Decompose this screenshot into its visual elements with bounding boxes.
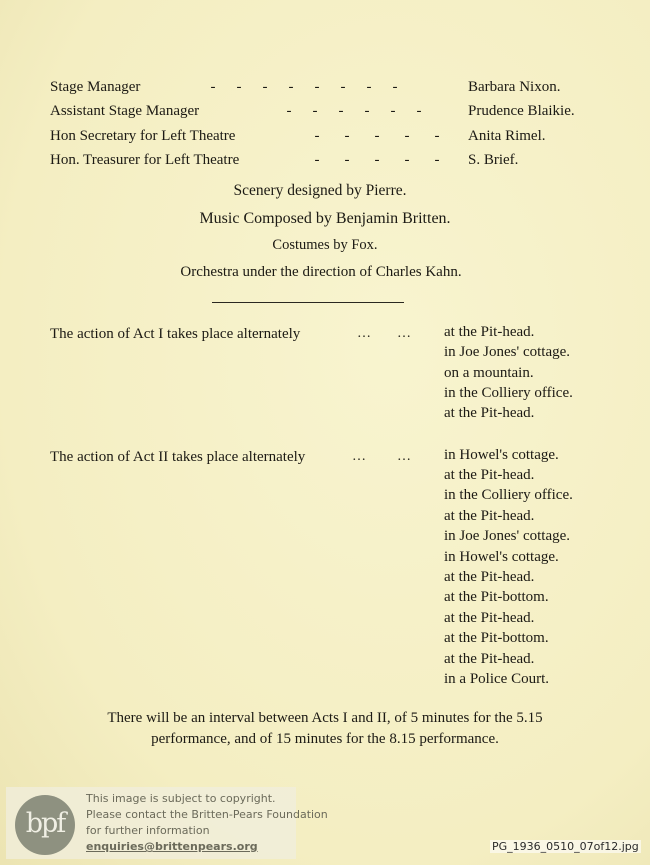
- leader-dashes: -----: [302, 128, 452, 145]
- costumes-credit: Costumes by Fox.: [0, 237, 650, 254]
- ellipsis-leader: …: [352, 449, 367, 465]
- credit-row-stage-manager: Stage Manager -------- Barbara Nixon.: [50, 79, 620, 103]
- ellipsis-leader: …: [397, 449, 412, 465]
- act-2-place: in Howel's cottage.: [444, 549, 559, 566]
- credit-role: Hon Secretary for Left Theatre: [50, 128, 235, 145]
- act-2-place: at the Pit-head.: [444, 569, 534, 586]
- act-1-place: at the Pit-head.: [444, 405, 534, 422]
- credit-name: Anita Rimel.: [468, 128, 546, 145]
- interval-note-line-1: There will be an interval between Acts I…: [0, 708, 650, 728]
- scenery-credit: Scenery designed by Pierre.: [0, 182, 645, 200]
- act-2-place: in a Police Court.: [444, 671, 549, 688]
- act-2-place: at the Pit-head.: [444, 467, 534, 484]
- credit-row-assistant-stage-manager: Assistant Stage Manager ------ Anita Rim…: [50, 103, 620, 127]
- filename-label: PG_1936_0510_07of12.jpg: [490, 840, 641, 853]
- music-credit: Music Composed by Benjamin Britten.: [0, 210, 650, 228]
- interval-note-line-2: performance, and of 15 minutes for the 8…: [0, 729, 650, 749]
- act-1-place: on a mountain.: [444, 365, 534, 382]
- act-1-place: in the Colliery office.: [444, 385, 573, 402]
- leader-dashes: --------: [200, 79, 450, 96]
- watermark-line-3: for further information: [86, 824, 210, 837]
- bpf-logo-icon: bpf: [15, 795, 75, 855]
- act-1-place: at the Pit-head.: [444, 324, 534, 341]
- credit-name: Prudence Blaikie.: [468, 103, 575, 120]
- leader-dashes: ------: [276, 103, 446, 120]
- credit-role: Stage Manager: [50, 79, 140, 96]
- act-2-place: at the Pit-head.: [444, 508, 534, 525]
- credit-role: Hon. Treasurer for Left Theatre: [50, 152, 239, 169]
- act-2-place: in Howel's cottage.: [444, 447, 559, 464]
- ellipsis-leader: …: [397, 326, 412, 342]
- act-2-place: in the Colliery office.: [444, 487, 573, 504]
- act-2-label: The action of Act II takes place alterna…: [50, 449, 305, 466]
- act-2-place: at the Pit-bottom.: [444, 589, 549, 606]
- act-1-label: The action of Act I takes place alternat…: [50, 326, 300, 343]
- ellipsis-leader: …: [357, 326, 372, 342]
- copyright-watermark: bpf This image is subject to copyright. …: [6, 787, 296, 859]
- act-2-place: at the Pit-bottom.: [444, 630, 549, 647]
- watermark-line-2: Please contact the Britten-Pears Foundat…: [86, 808, 328, 821]
- orchestra-credit: Orchestra under the direction of Charles…: [0, 264, 646, 281]
- credit-role: Assistant Stage Manager: [50, 103, 199, 120]
- email-link[interactable]: enquiries@brittenpears.org: [86, 840, 258, 853]
- credit-name: S. Brief.: [468, 152, 518, 169]
- credit-row-hon-treasurer: Hon. Treasurer for Left Theatre ----- S.…: [50, 152, 620, 176]
- act-1-place: in Joe Jones' cottage.: [444, 344, 570, 361]
- act-2-place: at the Pit-head.: [444, 651, 534, 668]
- credit-name: Barbara Nixon.: [468, 79, 560, 96]
- act-2-place: in Joe Jones' cottage.: [444, 528, 570, 545]
- credit-row-hon-secretary: Hon Secretary for Left Theatre ----- Ani…: [50, 128, 620, 152]
- act-2-place: at the Pit-head.: [444, 610, 534, 627]
- leader-dashes: -----: [302, 152, 452, 169]
- divider-rule: [212, 302, 404, 303]
- watermark-line-1: This image is subject to copyright.: [86, 792, 276, 805]
